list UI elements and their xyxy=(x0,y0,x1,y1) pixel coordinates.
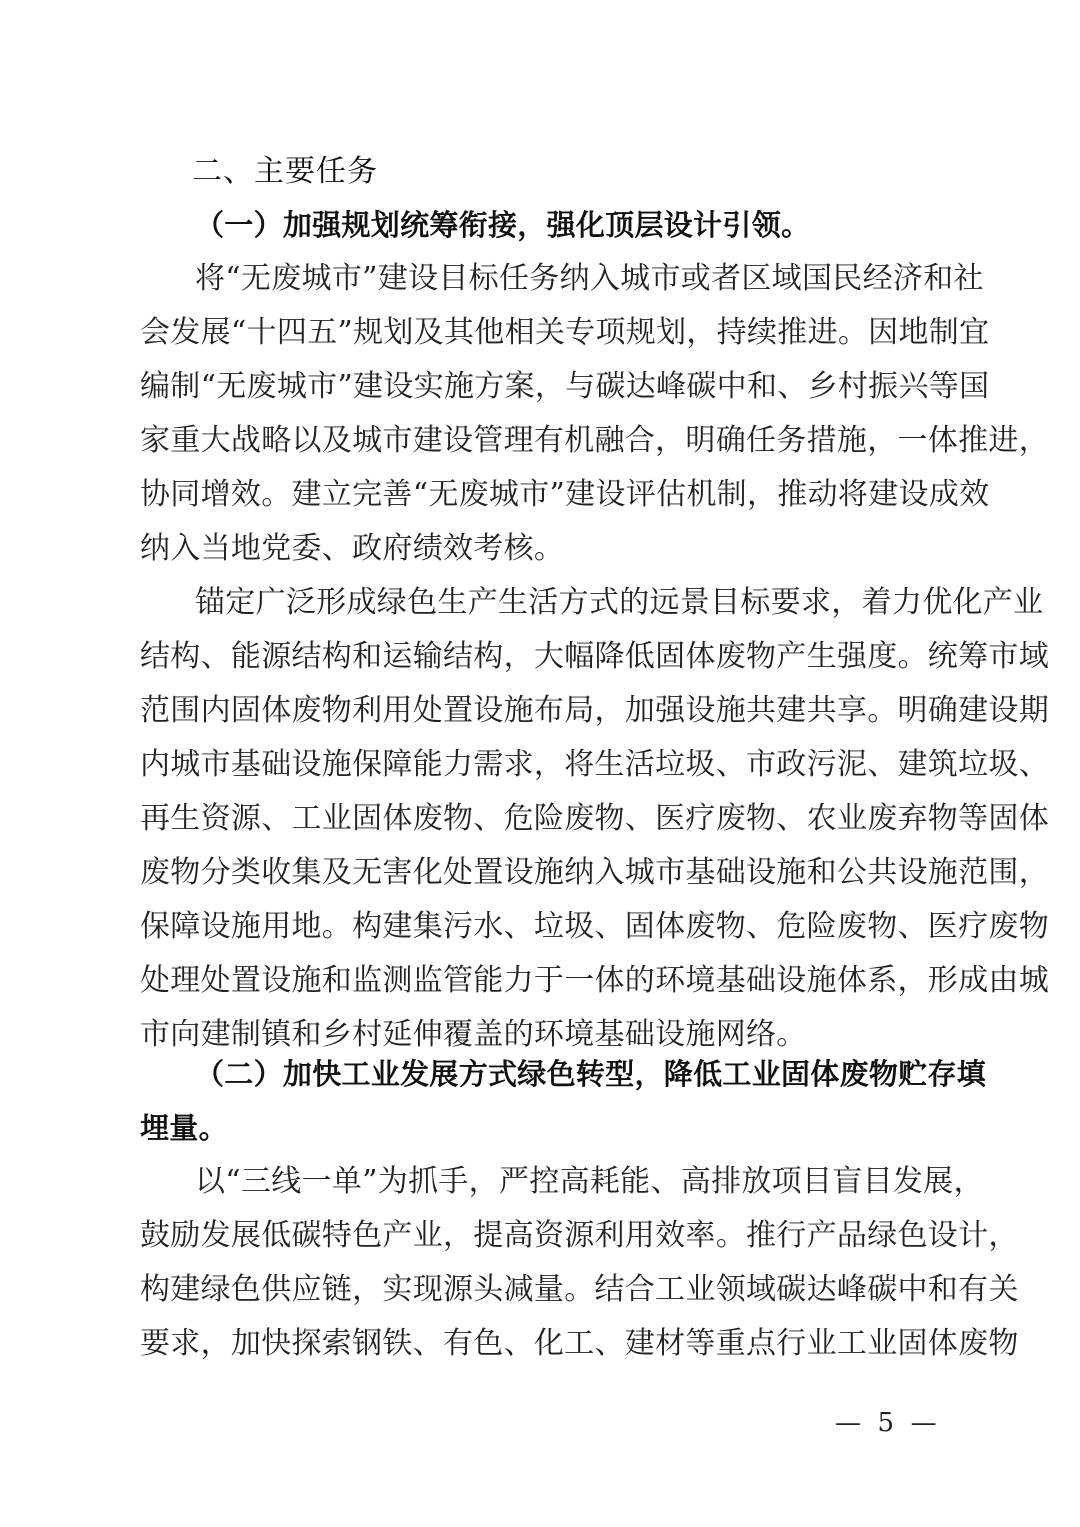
paragraph-line: 锚定广泛形成绿色生产生活方式的远景目标要求，着力优化产业 xyxy=(195,583,1005,623)
section-heading: 二、主要任务 xyxy=(192,152,1002,192)
subsection-title-line: 埋量。 xyxy=(140,1108,950,1148)
subsection-title-line: （二）加快工业发展方式绿色转型，降低工业固体废物贮存填 xyxy=(195,1054,1005,1094)
paragraph-line: 再生资源、工业固体废物、危险废物、医疗废物、农业废弃物等固体 xyxy=(140,799,950,839)
paragraph-line: 范围内固体废物利用处置设施布局，加强设施共建共享。明确建设期 xyxy=(140,691,950,731)
paragraph-line: 以“三线一单”为抓手，严控高耗能、高排放项目盲目发展， xyxy=(195,1162,1005,1202)
paragraph-line: 结构、能源结构和运输结构，大幅降低固体废物产生强度。统筹市域 xyxy=(140,637,950,677)
paragraph-line: 市向建制镇和乡村延伸覆盖的环境基础设施网络。 xyxy=(140,1015,950,1055)
paragraph-line: 鼓励发展低碳特色产业，提高资源利用效率。推行产品绿色设计， xyxy=(140,1216,950,1256)
paragraph-line: 保障设施用地。构建集污水、垃圾、固体废物、危险废物、医疗废物 xyxy=(140,907,950,947)
paragraph-line: 内城市基础设施保障能力需求，将生活垃圾、市政污泥、建筑垃圾、 xyxy=(140,745,950,785)
paragraph-line: 编制“无废城市”建设实施方案，与碳达峰碳中和、乡村振兴等国 xyxy=(140,367,950,407)
paragraph-line: 处理处置设施和监测监管能力于一体的环境基础设施体系，形成由城 xyxy=(140,961,950,1001)
subsection-1-title: （一）加强规划统筹衔接，强化顶层设计引领。 xyxy=(195,205,1005,245)
paragraph-line: 废物分类收集及无害化处置设施纳入城市基础设施和公共设施范围， xyxy=(140,853,950,893)
paragraph-line: 要求，加快探索钢铁、有色、化工、建材等重点行业工业固体废物 xyxy=(140,1324,950,1364)
page-number: — 5 — xyxy=(835,1408,937,1438)
paragraph-line: 纳入当地党委、政府绩效考核。 xyxy=(140,529,950,569)
paragraph-line: 会发展“十四五”规划及其他相关专项规划，持续推进。因地制宜 xyxy=(140,313,950,353)
document-page: 二、主要任务 （一）加强规划统筹衔接，强化顶层设计引领。 将“无废城市”建设目标… xyxy=(0,0,1080,1527)
paragraph-line: 将“无废城市”建设目标任务纳入城市或者区域国民经济和社 xyxy=(195,259,1005,299)
paragraph-line: 构建绿色供应链，实现源头减量。结合工业领域碳达峰碳中和有关 xyxy=(140,1270,950,1310)
paragraph-line: 家重大战略以及城市建设管理有机融合，明确任务措施，一体推进， xyxy=(140,421,950,461)
paragraph-line: 协同增效。建立完善“无废城市”建设评估机制，推动将建设成效 xyxy=(140,475,950,515)
